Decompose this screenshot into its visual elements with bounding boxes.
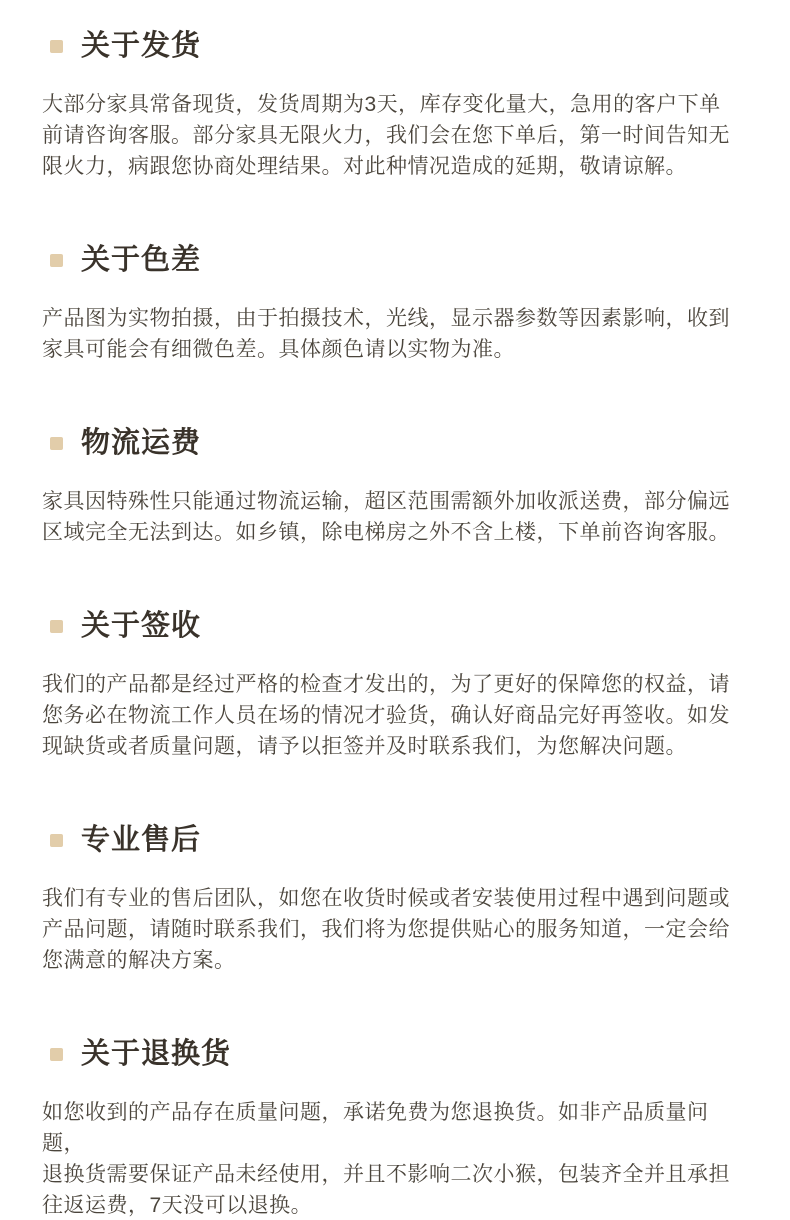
- section-heading: 关于色差: [42, 240, 748, 280]
- section-title: 关于退换货: [81, 1034, 231, 1074]
- section-body: 如您收到的产品存在质量问题，承诺免费为您退换货。如非产品质量问题， 退换货需要保…: [42, 1097, 748, 1220]
- section-heading: 关于发货: [42, 26, 748, 66]
- product-info-page: 关于发货 大部分家具常备现货，发货周期为3天，库存变化量大，急用的客户下单 前请…: [0, 0, 790, 1220]
- section-heading: 物流运费: [42, 423, 748, 463]
- section-title: 关于发货: [81, 26, 201, 66]
- section-title: 关于签收: [81, 606, 201, 646]
- bullet-square-icon: [50, 254, 63, 267]
- section-receipt-inspection: 关于签收 我们的产品都是经过严格的检查才发出的，为了更好的保障您的权益，请 您务…: [42, 606, 748, 762]
- section-returns: 关于退换货 如您收到的产品存在质量问题，承诺免费为您退换货。如非产品质量问题， …: [42, 1034, 748, 1220]
- bullet-square-icon: [50, 1048, 63, 1061]
- bullet-square-icon: [50, 40, 63, 53]
- section-color-difference: 关于色差 产品图为实物拍摄，由于拍摄技术，光线，显示器参数等因素影响，收到 家具…: [42, 240, 748, 365]
- section-logistics-fee: 物流运费 家具因特殊性只能通过物流运输，超区范围需额外加收派送费，部分偏远 区域…: [42, 423, 748, 548]
- section-body: 大部分家具常备现货，发货周期为3天，库存变化量大，急用的客户下单 前请咨询客服。…: [42, 89, 748, 182]
- section-heading: 专业售后: [42, 820, 748, 860]
- section-body: 我们的产品都是经过严格的检查才发出的，为了更好的保障您的权益，请 您务必在物流工…: [42, 669, 748, 762]
- bullet-square-icon: [50, 834, 63, 847]
- section-body: 产品图为实物拍摄，由于拍摄技术，光线，显示器参数等因素影响，收到 家具可能会有细…: [42, 303, 748, 365]
- section-after-sales: 专业售后 我们有专业的售后团队，如您在收货时候或者安装使用过程中遇到问题或 产品…: [42, 820, 748, 976]
- section-body: 我们有专业的售后团队，如您在收货时候或者安装使用过程中遇到问题或 产品问题，请随…: [42, 883, 748, 976]
- section-body: 家具因特殊性只能通过物流运输，超区范围需额外加收派送费，部分偏远 区域完全无法到…: [42, 486, 748, 548]
- bullet-square-icon: [50, 437, 63, 450]
- section-title: 物流运费: [81, 423, 201, 463]
- section-heading: 关于退换货: [42, 1034, 748, 1074]
- section-shipping: 关于发货 大部分家具常备现货，发货周期为3天，库存变化量大，急用的客户下单 前请…: [42, 26, 748, 182]
- section-title: 关于色差: [81, 240, 201, 280]
- section-title: 专业售后: [81, 820, 201, 860]
- bullet-square-icon: [50, 620, 63, 633]
- section-heading: 关于签收: [42, 606, 748, 646]
